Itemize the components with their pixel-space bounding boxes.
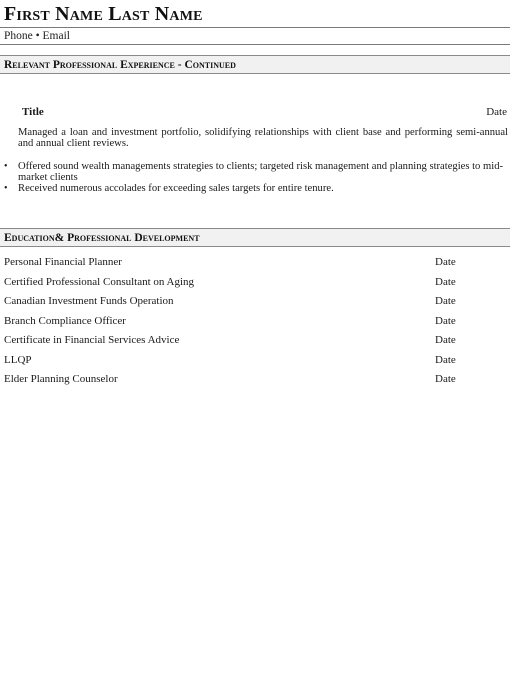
education-item-name: Certified Professional Consultant on Agi… <box>4 276 194 289</box>
education-item-date: Date <box>435 256 456 269</box>
education-item: LLQP Date <box>0 354 510 374</box>
bullet-icon: • <box>4 183 8 194</box>
bullet-icon: • <box>4 161 8 172</box>
job-date: Date <box>486 106 507 119</box>
education-item: Canadian Investment Funds Operation Date <box>0 295 510 315</box>
name-divider <box>0 27 510 28</box>
education-item: Certified Professional Consultant on Agi… <box>0 276 510 296</box>
experience-section-title: Relevant Professional Experience - Conti… <box>4 58 236 72</box>
experience-section-header: Relevant Professional Experience - Conti… <box>0 55 510 74</box>
education-item-name: Personal Financial Planner <box>4 256 122 269</box>
education-item-name: Canadian Investment Funds Operation <box>4 295 174 308</box>
education-item-date: Date <box>435 354 456 367</box>
job-bullet-list: • Offered sound wealth managements strat… <box>0 161 505 194</box>
education-item: Elder Planning Counselor Date <box>0 373 510 393</box>
education-item-name: Elder Planning Counselor <box>4 373 118 386</box>
education-item-date: Date <box>435 373 456 386</box>
resume-page: First Name Last Name Phone • Email Relev… <box>0 0 525 700</box>
job-bullet: • Received numerous accolades for exceed… <box>0 183 505 194</box>
education-list: Personal Financial Planner Date Certifie… <box>0 256 510 393</box>
job-bullet-text: Received numerous accolades for exceedin… <box>18 183 334 194</box>
education-item-date: Date <box>435 334 456 347</box>
job-summary: Managed a loan and investment portfolio,… <box>18 127 508 149</box>
education-item-name: LLQP <box>4 354 32 367</box>
education-item: Personal Financial Planner Date <box>0 256 510 276</box>
job-bullet-text: Offered sound wealth managements strateg… <box>18 161 503 183</box>
education-item-name: Branch Compliance Officer <box>4 315 126 328</box>
education-section-header: Education& Professional Development <box>0 228 510 247</box>
job-bullet: • Offered sound wealth managements strat… <box>0 161 505 183</box>
education-item-name: Certificate in Financial Services Advice <box>4 334 179 347</box>
education-section-title: Education& Professional Development <box>4 231 200 245</box>
contact-line: Phone • Email <box>4 29 70 43</box>
education-item-date: Date <box>435 276 456 289</box>
education-item: Branch Compliance Officer Date <box>0 315 510 335</box>
education-item-date: Date <box>435 315 456 328</box>
contact-divider <box>0 44 510 45</box>
education-item: Certificate in Financial Services Advice… <box>0 334 510 354</box>
education-item-date: Date <box>435 295 456 308</box>
candidate-name: First Name Last Name <box>4 2 203 26</box>
job-title: Title <box>22 106 44 119</box>
